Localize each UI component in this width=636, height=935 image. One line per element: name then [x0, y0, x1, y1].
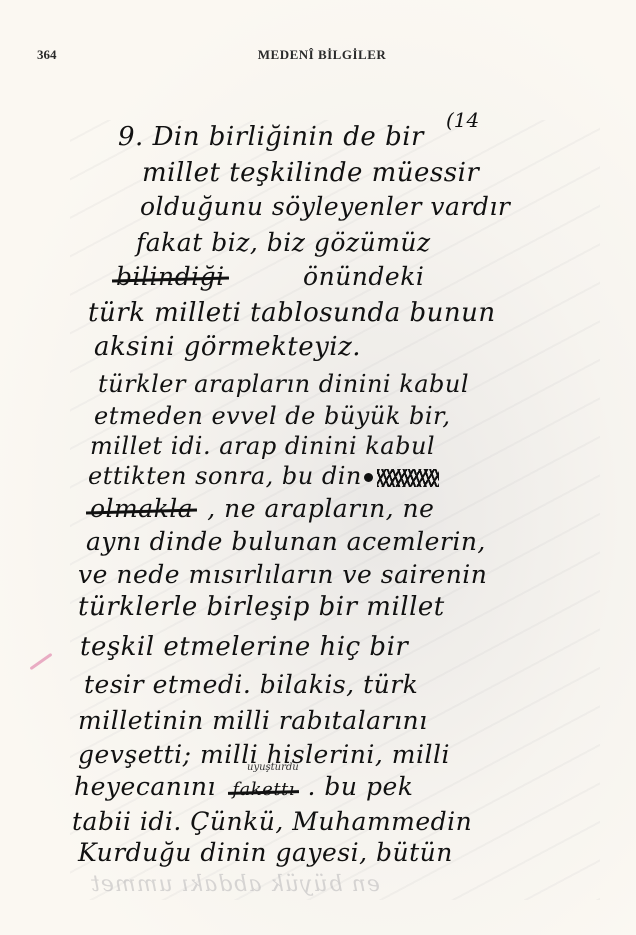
struck-word: olmakla [90, 494, 193, 523]
handwritten-line: olduğunu söyleyenler vardır [140, 192, 510, 221]
handwritten-line: milletinin milli rabıtalarını [78, 706, 428, 735]
handwritten-line: ve nede mısırlıların ve sairenin [78, 560, 487, 589]
handwritten-line: aksini görmekteyiz. [94, 332, 361, 362]
handwritten-line: etmeden evvel de büyük bir, [94, 402, 451, 430]
handwritten-line: Kurduğu dinin gayesi, bütün [78, 838, 453, 867]
scanned-book-page: en büyük abdakı ummet 364 MEDENÎ BİLGİLE… [0, 0, 636, 935]
struck-word: bilindiği [116, 262, 225, 291]
handwritten-line: tabii idi. Çünkü, Muhammedin [72, 807, 472, 836]
margin-pink-mark [29, 653, 52, 670]
handwritten-line: fakat biz, biz gözümüz [136, 228, 431, 257]
handwritten-line: teşkil etmelerine hiç bir [80, 632, 408, 662]
handwritten-line: türk milleti tablosunda bunun [88, 298, 496, 328]
running-head: MEDENÎ BİLGİLER [0, 47, 636, 63]
footnote-mark: (14 [446, 108, 479, 132]
handwritten-line: millet idi. arap dinini kabul [90, 432, 435, 460]
handwritten-line: olmakla, ne arapların, ne [90, 494, 434, 523]
handwritten-line: aynı dinde bulunan acemlerin, [86, 527, 486, 556]
handwritten-line: türklerle birleşip bir millet [78, 592, 445, 622]
handwritten-line: bilindiği önündeki [116, 262, 424, 291]
line-text: heyecanını [74, 772, 216, 801]
handwritten-line: millet teşkilinde müessir [142, 158, 479, 188]
handwritten-line: heyecanını fakettı . bu pek [74, 772, 413, 801]
ink-blot [364, 473, 373, 482]
handwritten-line: tesir etmedi. bilakis, türk [84, 670, 418, 699]
bleed-through-text: en büyük abdakı ummet [90, 872, 380, 897]
scribbled-out-word [377, 469, 439, 487]
handwritten-line: türkler arapların dinini kabul [98, 370, 469, 398]
line-text: ettikten sonra, bu din [88, 462, 362, 490]
handwritten-line: 9. Din birliğinin de bir [118, 122, 424, 152]
line-text: , ne arapların, ne [207, 494, 434, 523]
struck-word: fakettı [232, 779, 295, 800]
line-text: . bu pek [308, 772, 414, 801]
line-text: önündeki [303, 262, 424, 291]
handwritten-line: ettikten sonra, bu din [88, 462, 439, 490]
